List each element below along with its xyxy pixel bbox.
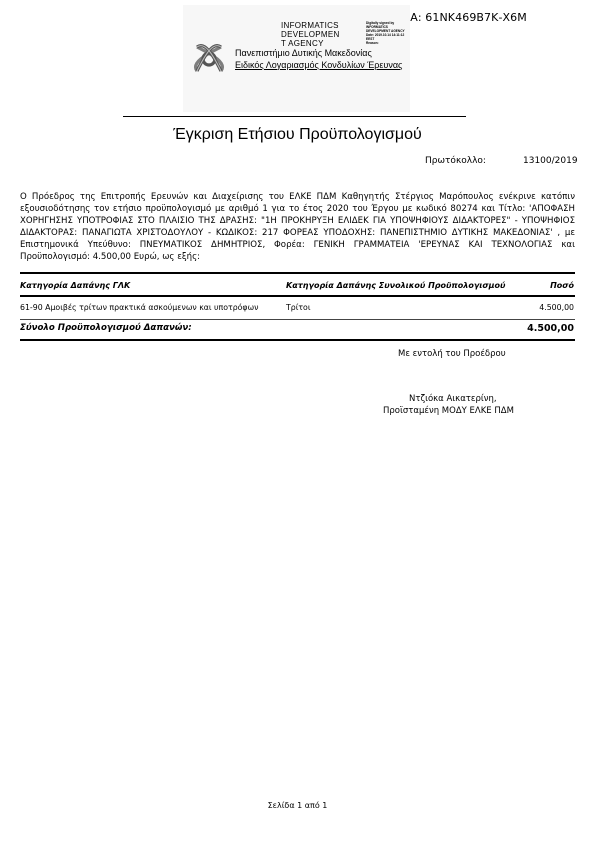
approval-body-text: Ο Πρόεδρος της Επιτροπής Ερευνών και Δια… — [20, 192, 575, 263]
page-number: Σελίδα 1 από 1 — [0, 801, 595, 810]
research-account-name: Ειδικός Λογαριασμός Κονδυλίων Έρευνας — [235, 60, 402, 70]
university-knot-logo-icon — [191, 41, 227, 77]
col-header-budget-category: Κατηγορία Δαπάνης Συνολικού Προϋπολογισμ… — [286, 281, 505, 290]
signatory-role: Προϊσταμένη ΜΟΔΥ ΕΛΚΕ ΠΔΜ — [383, 406, 514, 416]
col-header-amount: Ποσό — [550, 281, 574, 290]
ada-code: ΑΔΑ: 61ΝΚ469Β7Κ-Χ6Μ — [395, 11, 527, 24]
signature-by-order: Με εντολή του Προέδρου — [398, 349, 506, 359]
protocol-label: Πρωτόκολλο: — [425, 156, 486, 166]
university-name: Πανεπιστήμιο Δυτικής Μακεδονίας — [235, 48, 372, 58]
agency-line: T AGENCY — [281, 39, 340, 48]
stamp-line: Reason: — [366, 41, 405, 45]
protocol-number: 13100/2019 — [523, 156, 578, 166]
table-cell-glk-category: 61-90 Αμοιβές τρίτων πρακτικά ασκούμενων… — [20, 303, 258, 312]
table-row-rule — [20, 319, 575, 320]
table-top-rule — [20, 272, 575, 274]
total-amount: 4.500,00 — [527, 323, 574, 334]
table-bottom-rule — [20, 339, 575, 341]
title-divider — [123, 116, 466, 117]
signatory-name: Ντζιόκα Αικατερίνη, — [409, 394, 497, 404]
agency-line: INFORMATICS — [281, 21, 340, 30]
document-title: Έγκριση Ετήσιου Προϋπολογισμού — [0, 126, 595, 144]
table-cell-budget-category: Τρίτοι — [286, 303, 310, 312]
total-label: Σύνολο Προϋπολογισμού Δαπανών: — [20, 323, 192, 333]
signer-agency-name: INFORMATICS DEVELOPMEN T AGENCY — [281, 21, 340, 48]
col-header-glk-category: Κατηγορία Δαπάνης ΓΛΚ — [20, 281, 130, 290]
table-cell-amount: 4.500,00 — [539, 303, 574, 312]
agency-line: DEVELOPMEN — [281, 30, 340, 39]
header-letterhead: INFORMATICS DEVELOPMEN T AGENCY Digitall… — [183, 5, 410, 112]
digital-signature-stamp: Digitally signed by INFORMATICS DEVELOPM… — [366, 21, 405, 46]
table-header-rule — [20, 295, 575, 297]
